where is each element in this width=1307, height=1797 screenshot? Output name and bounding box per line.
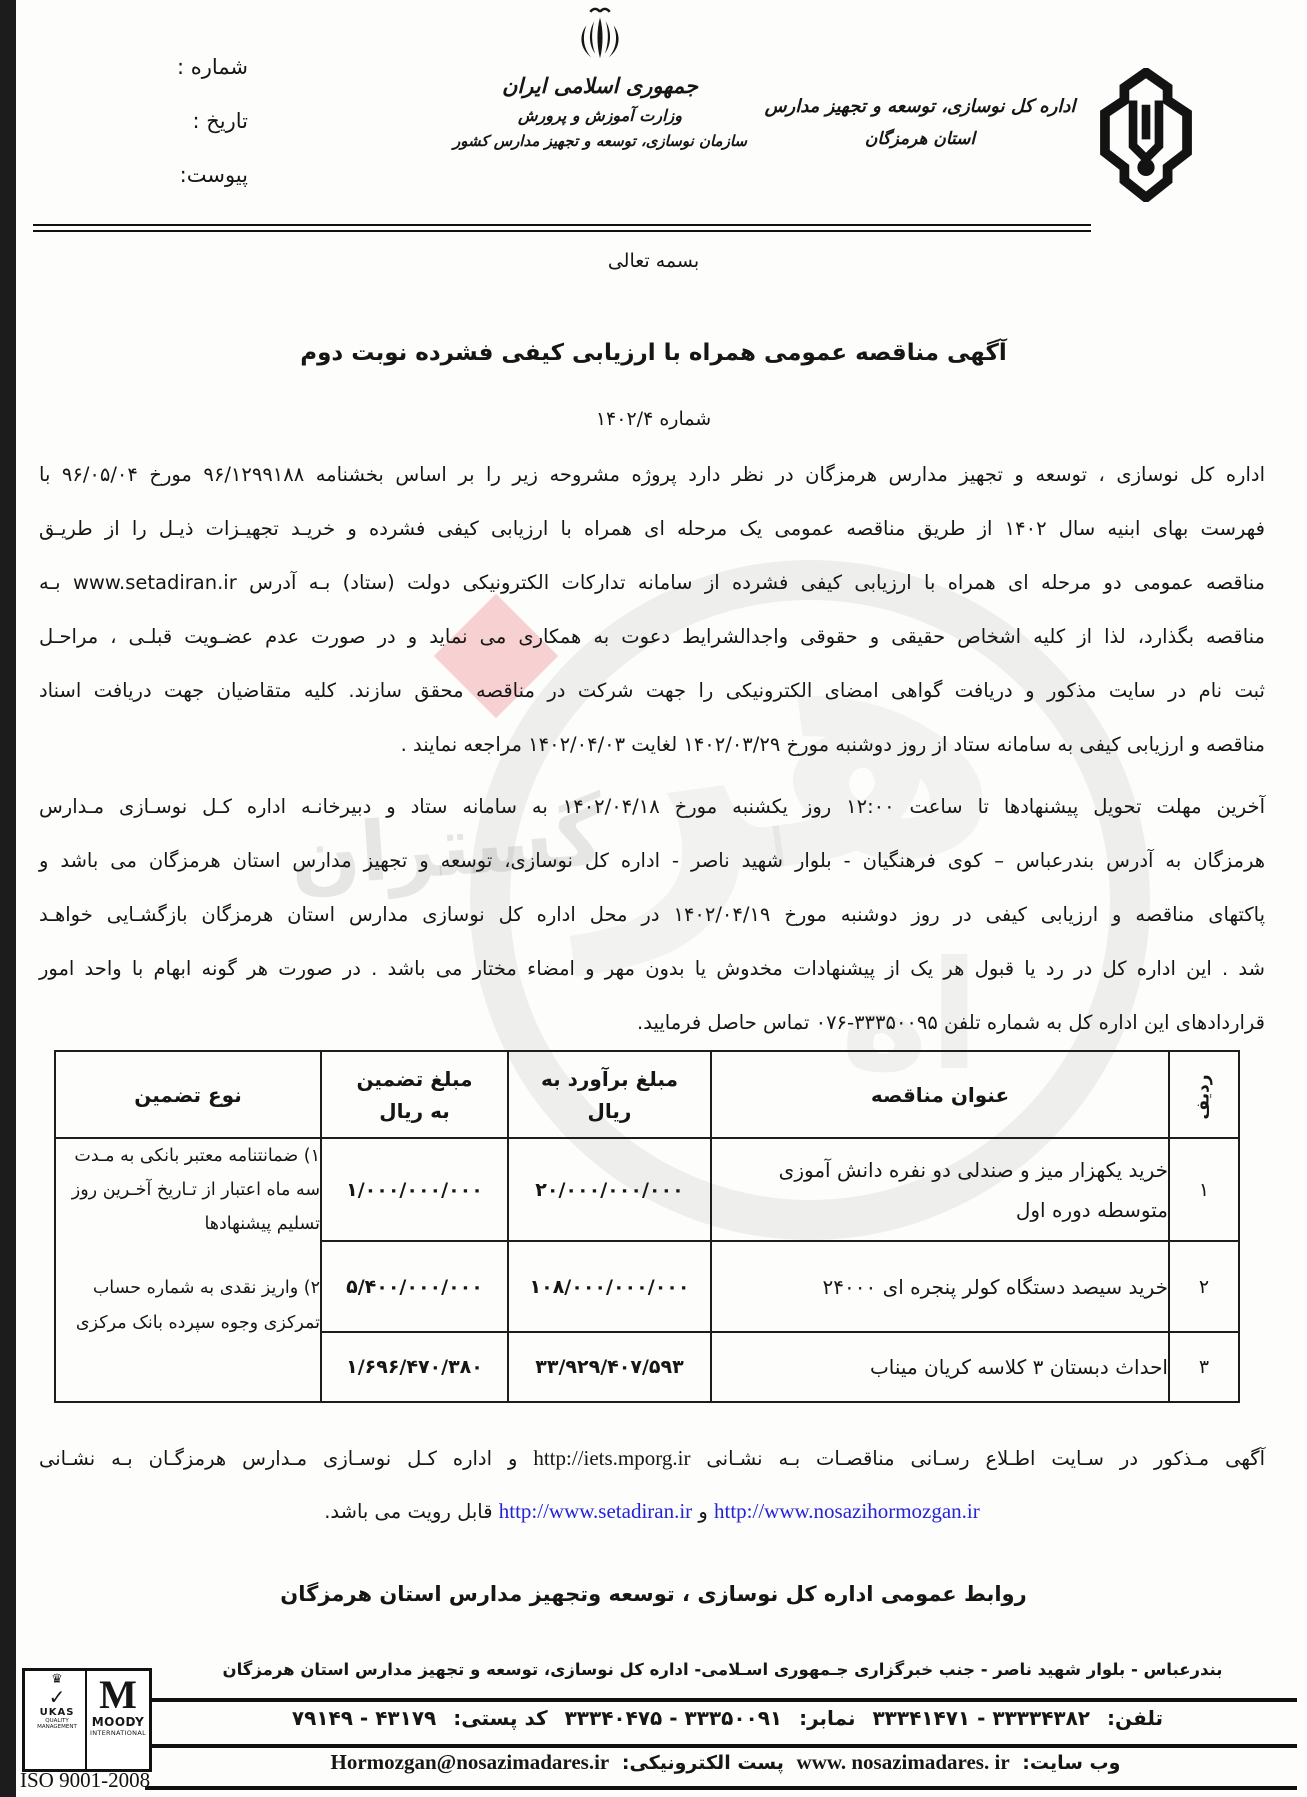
row-number-cell: ۲ (1169, 1241, 1239, 1332)
footer-divider (145, 1744, 1297, 1748)
setadiran-link[interactable]: http://www.setadiran.ir (499, 1499, 692, 1523)
website-url: www. nosazimadares. ir (791, 1750, 1016, 1774)
postal-code: ۴۳۱۷۹ - ۷۹۱۴۹ (282, 1706, 446, 1730)
paragraph-line: مناقصه بگذارد، لذا از کلیه اشخاص حقیقی و… (39, 610, 1265, 664)
estimate-cell: ۳۳/۹۲۹/۴۰۷/۵۹۳ (508, 1332, 711, 1402)
tender-table: ردیف عنوان مناقصه مبلغ برآورد به ریال مب… (54, 1050, 1240, 1403)
links-outro-text: قابل رویت می باشد. (324, 1500, 492, 1523)
guarantee-amount-cell: ۱/۰۰۰/۰۰۰/۰۰۰ (321, 1138, 508, 1241)
tender-title-cell: خرید یکهزار میز و صندلی دو نفره دانش آمو… (711, 1138, 1169, 1241)
checkmark-icon: ✓ (29, 1687, 85, 1707)
row-number-cell: ۱ (1169, 1138, 1239, 1241)
email-address: Hormozgan@nosazimadares.ir (325, 1750, 616, 1774)
guarantee-type-item: ۲) واریز نقدی به شماره حساب تمرکزی وجوه … (56, 1271, 320, 1339)
tender-number: شماره ۱۴۰۲/۴ (0, 408, 1307, 430)
paragraph-line: قراردادهای این اداره کل به شماره تلفن ۳۳… (39, 996, 1265, 1050)
provincial-office-title: اداره کل نوسازی، توسعه و تجهیز مدارس است… (760, 96, 1080, 149)
national-organization-title: سازمان نوسازی، توسعه و تجهیز مدارس کشور (420, 132, 780, 150)
table-row: ۱ خرید یکهزار میز و صندلی دو نفره دانش آ… (55, 1138, 1239, 1241)
paragraph-line: مناقصه عمومی دو مرحله ای همراه با ارزیاب… (39, 556, 1265, 610)
letterhead-fields: شماره : تاریخ : پیوست: (128, 40, 248, 202)
column-header-row-number: ردیف (1169, 1051, 1239, 1138)
guarantee-amount-cell: ۱/۶۹۶/۴۷۰/۳۸۰ (321, 1332, 508, 1402)
paragraph-line: هرمزگان به آدرس بندرعباس – کوی فرهنگیان … (39, 834, 1265, 888)
estimate-cell: ۱۰۸/۰۰۰/۰۰۰/۰۰۰ (508, 1241, 711, 1332)
table-header-row: ردیف عنوان مناقصه مبلغ برآورد به ریال مب… (55, 1051, 1239, 1138)
footer-contact-line: تلفن: ۳۳۳۳۴۳۸۲ - ۳۳۳۴۱۴۷۱ نمابر: ۳۳۳۵۰۰۹… (150, 1706, 1295, 1730)
body-paragraph-1: اداره کل نوسازی ، توسعه و تجهیز مدارس هر… (39, 448, 1265, 772)
paragraph-line: اداره کل نوسازی ، توسعه و تجهیز مدارس هر… (39, 448, 1265, 502)
besmele-line: بسمه تعالی (0, 250, 1307, 272)
letterhead-center: جمهوری اسلامی ایران وزارت آموزش و پرورش … (420, 4, 780, 150)
paragraph-line: پاکتهای مناقصه و ارزیابی کیفی در روز دوش… (39, 888, 1265, 942)
paragraph-line: شد . این اداره کل در رد یا قبول هر یک از… (39, 942, 1265, 996)
footer-divider (145, 1698, 1297, 1702)
tender-title-cell: خرید سیصد دستگاه کولر پنجره ای ۲۴۰۰۰ (711, 1241, 1169, 1332)
header-divider (33, 224, 1091, 232)
footer-web-line: وب سایت: www. nosazimadares. ir پست الکت… (150, 1750, 1295, 1775)
footer-divider (145, 1786, 1297, 1790)
fax-numbers: ۳۳۳۵۰۰۹۱ - ۳۳۳۴۰۴۷۵ (555, 1706, 793, 1730)
document-page: هر گستران اه شماره : تاریخ : پیوست: جمهو… (0, 0, 1307, 1797)
and-word: و (698, 1500, 707, 1523)
republic-title: جمهوری اسلامی ایران (420, 74, 780, 98)
column-header-guarantee-amount: مبلغ تضمین به ریال (321, 1051, 508, 1138)
row-number-cell: ۳ (1169, 1332, 1239, 1402)
column-header-estimate: مبلغ برآورد به ریال (508, 1051, 711, 1138)
paragraph-line: فهرست بهای ابنیه سال ۱۴۰۲ از طریق مناقصه… (39, 502, 1265, 556)
guarantee-amount-cell: ۵/۴۰۰/۰۰۰/۰۰۰ (321, 1241, 508, 1332)
phone-label: تلفن: (1107, 1706, 1163, 1730)
public-relations-signature: روابط عمومی اداره کل نوسازی ، توسعه وتجه… (0, 1582, 1307, 1606)
iets-url: http://iets.mporg.ir (533, 1446, 690, 1470)
ukas-logo: ♛ ✓ UKAS QUALITY MANAGEMENT (29, 1671, 87, 1769)
iso-certification-text: ISO 9001-2008 (20, 1768, 200, 1793)
certification-logos: M MOODY INTERNATIONAL ♛ ✓ UKAS QUALITY M… (22, 1668, 152, 1772)
column-header-tender-title: عنوان مناقصه (711, 1051, 1169, 1138)
phone-numbers: ۳۳۳۳۴۳۸۲ - ۳۳۳۴۱۴۷۱ (862, 1706, 1100, 1730)
paragraph-line: مناقصه و ارزیابی کیفی به سامانه ستاد از … (39, 718, 1265, 772)
tender-title-cell: احداث دبستان ۳ کلاسه کریان میناب (711, 1332, 1169, 1402)
website-label: وب سایت: (1022, 1752, 1120, 1774)
fax-label: نمابر: (799, 1706, 855, 1730)
estimate-cell: ۲۰/۰۰۰/۰۰۰/۰۰۰ (508, 1138, 711, 1241)
links-line-1: آگهی مـذکور در سـایت اطـلاع رسـانی مناقص… (39, 1432, 1265, 1485)
iran-emblem-icon (569, 4, 631, 68)
paragraph-line: آخرین مهلت تحویل پیشنهادها تا ساعت ۱۲:۰۰… (39, 780, 1265, 834)
number-field-label: شماره : (128, 40, 248, 94)
links-intro-text: آگهی مـذکور در سـایت اطـلاع رسـانی مناقص… (706, 1447, 1265, 1470)
publication-links-paragraph: آگهی مـذکور در سـایت اطـلاع رسـانی مناقص… (39, 1432, 1265, 1538)
links-line-2: http://www.nosazihormozgan.ir و http://w… (39, 1485, 1265, 1538)
page-title: آگهی مناقصه عمومی همراه با ارزیابی کیفی … (0, 340, 1307, 366)
guarantee-type-item: ۱) ضمانتنامه معتبر بانکی به مـدت سه ماه … (56, 1139, 320, 1241)
email-label: پست الکترونیکی: (622, 1752, 784, 1774)
body-paragraph-2: آخرین مهلت تحویل پیشنهادها تا ساعت ۱۲:۰۰… (39, 780, 1265, 1050)
column-header-guarantee-type: نوع تضمین (55, 1051, 321, 1138)
guarantee-type-cell: ۱) ضمانتنامه معتبر بانکی به مـدت سه ماه … (55, 1138, 321, 1402)
organization-logo (1092, 68, 1200, 202)
footer-address: بندرعباس - بلوار شهید ناصر - جنب خبرگزار… (150, 1660, 1295, 1679)
ministry-title: وزارت آموزش و پرورش (420, 106, 780, 125)
paragraph-line: ثبت نام در سایت مذکور و دریافت گواهی امض… (39, 664, 1265, 718)
moody-logo: M MOODY INTERNATIONAL (87, 1671, 149, 1769)
links-middle-text: و اداره کـل نوسـازی مـدارس هرمزگـان بـه … (39, 1447, 517, 1470)
attachment-field-label: پیوست: (128, 148, 248, 202)
date-field-label: تاریخ : (128, 94, 248, 148)
postal-code-label: کد پستی: (453, 1706, 547, 1730)
nosazihormozgan-link[interactable]: http://www.nosazihormozgan.ir (714, 1499, 980, 1523)
